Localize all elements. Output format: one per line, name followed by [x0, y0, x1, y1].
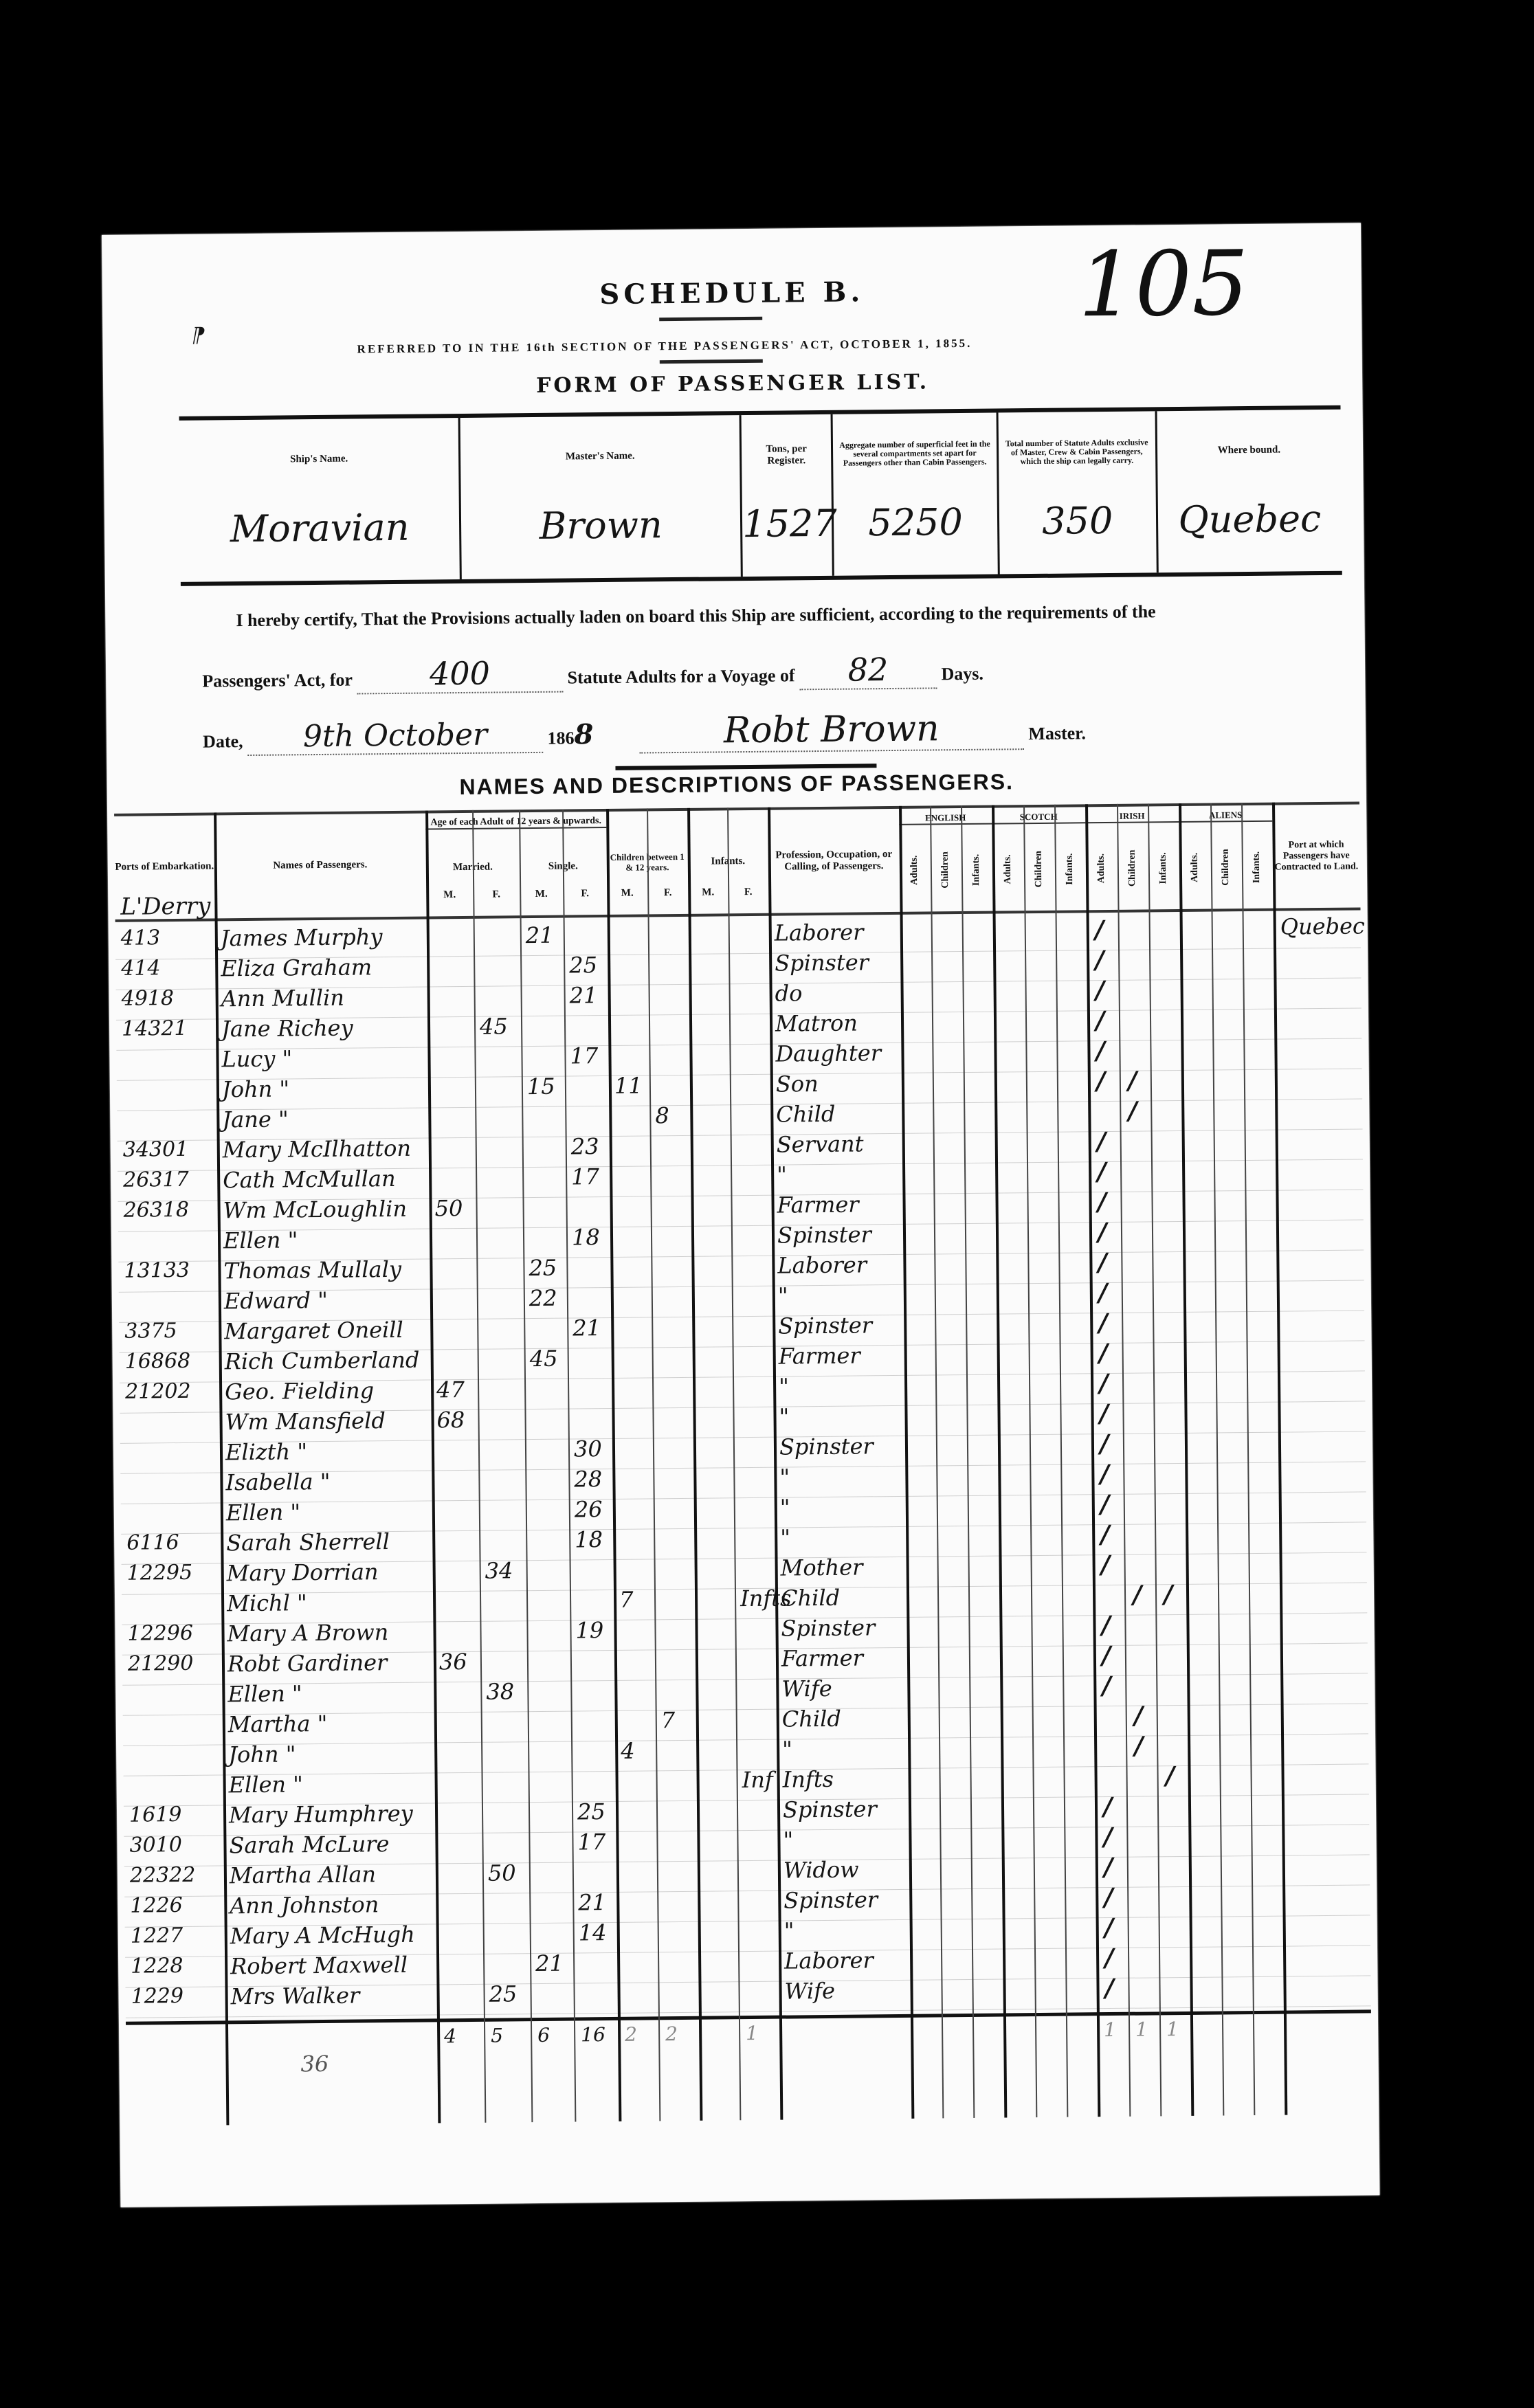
ship-name-column: Ship's Name.Moravian	[179, 418, 462, 582]
irish-adult-tick: /	[1096, 1006, 1105, 1035]
age-married-m: 68	[436, 1407, 465, 1433]
irish-adult-tick: /	[1098, 1339, 1108, 1368]
tons-register-label: Tons, per Register.	[742, 414, 832, 495]
age-single-f: 26	[575, 1496, 603, 1522]
statute-adults-capacity-value: 350	[999, 491, 1155, 543]
occupation: "	[779, 1403, 789, 1429]
profession-header: Profession, Occupation, or Calling, of P…	[768, 809, 900, 913]
total-married-f: 5	[491, 2025, 503, 2047]
english-adults-header: Adults.	[899, 829, 931, 911]
passenger-name: Mrs Walker	[230, 1983, 359, 2010]
occupation: Wife	[784, 1978, 835, 2005]
occupation: Child	[776, 1101, 835, 1128]
age-married-f: 34	[485, 1557, 513, 1583]
irish-adult-tick: /	[1100, 1550, 1110, 1579]
passenger-name: Robt Gardiner	[227, 1649, 388, 1677]
table-title: NAMES AND DESCRIPTIONS OF PASSENGERS.	[107, 766, 1366, 803]
certification-line-2: Passengers' Act, for 400 Statute Adults …	[202, 650, 983, 696]
ticket-number: 12295	[127, 1561, 193, 1585]
passenger-name: Mary Humphrey	[229, 1801, 413, 1829]
total-irish-adults: 1	[1104, 2018, 1116, 2041]
passenger-name: Wm Mansfield	[225, 1407, 386, 1435]
date-signature-line: Date, 9th October 1868 Robt Brown Master…	[203, 704, 1337, 758]
corner-mark: ⁋	[192, 324, 205, 348]
occupation: Servant	[777, 1130, 864, 1157]
superficial-feet-label: Aggregate number of superficial feet in …	[833, 413, 997, 495]
age-married-f: 38	[486, 1678, 514, 1704]
irish-adult-tick: /	[1098, 1308, 1108, 1337]
where-bound-value: Quebec	[1157, 490, 1342, 542]
aliens-children-header: Children	[1210, 826, 1242, 908]
age-single-f: 17	[577, 1829, 605, 1855]
age-infant-f: Inf	[742, 1767, 772, 1793]
passenger-name: Margaret Oneill	[224, 1317, 403, 1344]
passenger-name: Lucy "	[221, 1045, 292, 1072]
age-married-m: 36	[439, 1649, 467, 1675]
passenger-name: John "	[222, 1075, 290, 1102]
irish-child-tick: /	[1128, 1067, 1137, 1095]
ship-info-table: Ship's Name.MoravianMaster's Name.BrownT…	[179, 405, 1342, 586]
passenger-name: Mary A Brown	[227, 1619, 388, 1647]
passenger-table: Ports of Embarkation.Names of Passengers…	[114, 801, 1372, 2131]
irish-adult-tick: /	[1102, 1641, 1111, 1670]
occupation: Laborer	[777, 1251, 867, 1278]
passenger-name: Michl "	[227, 1590, 307, 1616]
referred-line: REFERRED TO IN THE 16th SECTION OF THE P…	[357, 337, 972, 357]
total-child-f: 2	[665, 2022, 678, 2045]
occupation: "	[779, 1373, 789, 1399]
tons-register-column: Tons, per Register.1527	[742, 414, 834, 577]
passenger-name: James Murphy	[221, 924, 383, 951]
form-title: FORM OF PASSENGER LIST.	[103, 366, 1362, 402]
occupation: Spinster	[783, 1886, 878, 1913]
aliens-group-header: ALIENS	[1179, 810, 1272, 823]
ticket-number: 413	[121, 926, 161, 950]
age-single-f: 14	[579, 1919, 607, 1946]
irish-adults-header: Adults.	[1085, 827, 1118, 910]
master-name-column: Master's Name.Brown	[460, 415, 743, 579]
date-value: 9th October	[303, 717, 488, 755]
occupation: Widow	[783, 1857, 859, 1884]
irish-child-tick: /	[1128, 1097, 1137, 1126]
master-name-value: Brown	[461, 495, 741, 548]
age-married-f: 45	[480, 1013, 508, 1039]
irish-adult-tick: /	[1098, 1248, 1107, 1277]
irish-child-tick: /	[1134, 1702, 1144, 1730]
ticket-number: 1229	[131, 1984, 184, 2009]
occupation: Farmer	[777, 1191, 858, 1218]
ticket-number: 1619	[129, 1803, 182, 1827]
ticket-number: 13133	[124, 1258, 190, 1283]
passenger-name: Geo. Fielding	[225, 1377, 374, 1405]
age-married-m: 47	[436, 1376, 465, 1403]
page-number: 105	[1078, 231, 1249, 337]
passenger-name: Mary McIlhatton	[223, 1135, 412, 1163]
passenger-count: 36	[300, 2051, 329, 2077]
superficial-feet-column: Aggregate number of superficial feet in …	[833, 412, 1000, 575]
age-single-f: 19	[575, 1617, 603, 1643]
english-children-header: Children	[930, 829, 961, 911]
ticket-number: 3375	[124, 1319, 177, 1344]
age-child-m: 7	[619, 1587, 634, 1613]
master-signature: Robt Brown	[724, 708, 940, 751]
occupation: Child	[782, 1706, 841, 1732]
passenger-name: Mary A McHugh	[230, 1921, 415, 1950]
total-child-m: 2	[625, 2023, 637, 2046]
occupation: "	[777, 1161, 787, 1188]
irish-children-header: Children	[1117, 827, 1148, 909]
names-of-passengers-header: Names of Passengers.	[214, 814, 426, 919]
age-single-m: 45	[530, 1346, 558, 1372]
passenger-name: Ann Mullin	[221, 985, 344, 1012]
irish-adult-tick: /	[1098, 1278, 1108, 1307]
master-name-label: Master's Name.	[460, 415, 740, 498]
ticket-number: 34301	[123, 1137, 189, 1162]
age-child-f: 8	[655, 1102, 669, 1128]
passenger-name: Ellen "	[223, 1227, 298, 1253]
ticket-number: 1226	[130, 1893, 183, 1918]
occupation: Matron	[775, 1010, 858, 1036]
irish-adult-tick: /	[1100, 1429, 1109, 1458]
irish-adult-tick: /	[1104, 1883, 1113, 1912]
age-single-f: 30	[574, 1436, 602, 1462]
occupation: Spinster	[778, 1312, 872, 1339]
port-to-land-header: Port at which Passengers have Contracted…	[1272, 804, 1360, 908]
scotch-infants-header: Infants.	[1054, 827, 1086, 910]
total-irish-infants: 1	[1166, 2018, 1179, 2040]
irish-adult-tick: /	[1099, 1399, 1109, 1428]
occupation: Wife	[781, 1675, 832, 1702]
irish-adult-tick: /	[1096, 1067, 1106, 1095]
irish-adult-tick: /	[1097, 1127, 1107, 1156]
irish-adult-tick: /	[1103, 1792, 1113, 1821]
ticket-number: 26318	[123, 1198, 189, 1223]
voyage-days-value: 82	[847, 651, 888, 689]
passenger-name: Martha "	[228, 1710, 328, 1737]
statute-adults-capacity-column: Total number of Statute Adults exclusive…	[998, 411, 1158, 574]
irish-adult-tick: /	[1097, 1157, 1107, 1186]
total-married-m: 4	[444, 2025, 456, 2047]
age-single-f: 25	[569, 952, 597, 978]
irish-child-tick: /	[1133, 1581, 1142, 1609]
ticket-number: 14321	[122, 1016, 188, 1041]
age-single-f: 17	[571, 1163, 599, 1190]
passenger-name: Cath McMullan	[223, 1166, 396, 1193]
sex-subheader-mf: F.	[473, 881, 520, 909]
age-single-f: 21	[569, 982, 597, 1008]
total-irish-children: 1	[1135, 2018, 1148, 2041]
passenger-list-page: ⁋ SCHEDULE B. REFERRED TO IN THE 16th SE…	[102, 223, 1379, 2207]
ship-name-label: Ship's Name.	[179, 418, 459, 501]
occupation: "	[780, 1494, 790, 1520]
names-title-rule	[615, 763, 876, 770]
occupation: do	[775, 980, 802, 1006]
sex-subheader-sf: F.	[563, 880, 607, 908]
occupation: Farmer	[781, 1645, 863, 1671]
age-child-f: 7	[661, 1707, 676, 1733]
age-married-f: 25	[489, 1981, 517, 2007]
sex-subheader-mm: M.	[426, 882, 473, 910]
irish-adult-tick: /	[1095, 946, 1104, 974]
age-child-m: 11	[614, 1073, 643, 1099]
occupation: Infts	[782, 1766, 834, 1793]
where-bound-column: Where bound.Quebec	[1157, 410, 1342, 573]
passenger-name: Robert Maxwell	[230, 1952, 408, 1979]
passenger-name: Ellen "	[228, 1771, 303, 1798]
ticket-number: 1227	[131, 1924, 184, 1948]
aliens-infants-header: Infants.	[1241, 826, 1273, 908]
scotch-group-header: SCOTCH	[992, 811, 1085, 824]
total-single-m: 6	[537, 2024, 550, 2047]
title-rule	[659, 317, 762, 321]
irish-adult-tick: /	[1100, 1460, 1109, 1489]
occupation: "	[779, 1464, 790, 1490]
passenger-name: Edward "	[224, 1287, 328, 1314]
passenger-name: Eliza Graham	[221, 954, 372, 981]
irish-adult-tick: /	[1096, 1036, 1105, 1065]
age-single-f: 17	[570, 1043, 598, 1069]
occupation: Spinster	[781, 1614, 875, 1641]
irish-infant-tick: /	[1165, 1761, 1175, 1790]
occupation: Son	[776, 1071, 819, 1097]
adult-age-header: Age of each Adult of 12 years & upwards.	[425, 816, 606, 830]
occupation: Farmer	[779, 1342, 860, 1369]
ticket-number: 6116	[126, 1530, 179, 1555]
passenger-name: Jane "	[222, 1106, 289, 1133]
age-single-f: 18	[575, 1526, 603, 1552]
total-infant-f: 1	[746, 2022, 758, 2044]
english-infants-header: Infants.	[961, 829, 992, 911]
irish-adult-tick: /	[1098, 1218, 1107, 1247]
total-single-f: 16	[581, 2023, 605, 2046]
passenger-name: John "	[228, 1741, 296, 1768]
irish-infants-header: Infants.	[1148, 827, 1179, 909]
occupation: Spinster	[779, 1433, 874, 1460]
occupation: "	[784, 1917, 794, 1943]
age-single-f: 21	[573, 1315, 601, 1341]
sex-subheader-sm: M.	[520, 881, 563, 909]
superficial-feet-value: 5250	[834, 493, 997, 545]
english-group-header: ENGLISH	[899, 812, 992, 825]
statute-adults-capacity-label: Total number of Statute Adults exclusive…	[998, 411, 1155, 493]
occupation: Spinster	[783, 1796, 877, 1822]
age-single-m: 25	[529, 1255, 557, 1281]
passenger-name: Thomas Mullaly	[223, 1256, 401, 1284]
irish-child-tick: /	[1134, 1732, 1144, 1761]
passenger-name: Wm McLoughlin	[223, 1196, 407, 1224]
ticket-number: 26317	[123, 1168, 189, 1192]
irish-adult-tick: /	[1095, 976, 1104, 1005]
age-single-m: 15	[527, 1073, 555, 1100]
ticket-number: 22322	[130, 1863, 196, 1888]
passenger-name: Ann Johnston	[230, 1891, 379, 1919]
passenger-name: Jane Richey	[221, 1015, 353, 1043]
irish-adult-tick: /	[1104, 1913, 1114, 1942]
ticket-number: 16868	[125, 1349, 191, 1374]
ticket-number: 414	[121, 956, 161, 981]
age-single-f: 28	[574, 1466, 602, 1492]
occupation: Spinster	[777, 1221, 871, 1248]
age-single-m: 22	[529, 1285, 557, 1311]
port-to-land-value: Quebec	[1280, 913, 1365, 939]
irish-group-header: IRISH	[1085, 810, 1179, 823]
certification-line-1: I hereby certify, That the Provisions ac…	[236, 601, 1156, 631]
totals-row: 4561622111136	[126, 2009, 1372, 2066]
passenger-name: Martha Allan	[230, 1861, 376, 1888]
passenger-name: Sarah Sherrell	[226, 1528, 390, 1556]
irish-adult-tick: /	[1104, 1943, 1114, 1972]
ticket-number: 21202	[125, 1379, 191, 1404]
passenger-name: Ellen "	[226, 1499, 301, 1526]
irish-adult-tick: /	[1097, 1188, 1107, 1216]
irish-adult-tick: /	[1095, 915, 1104, 944]
ticket-number: 4918	[122, 986, 175, 1011]
age-single-f: 21	[578, 1889, 606, 1915]
ticket-number: 12296	[127, 1621, 193, 1646]
scotch-adults-header: Adults.	[992, 828, 1024, 911]
passenger-name: Isabella "	[225, 1469, 330, 1495]
ticket-number: 21290	[128, 1651, 194, 1676]
ticket-number: 1228	[131, 1954, 184, 1978]
age-single-f: 23	[571, 1133, 599, 1159]
ticket-number: 3010	[129, 1833, 182, 1858]
passenger-name: Mary Dorrian	[227, 1559, 379, 1586]
age-single-f: 25	[577, 1798, 605, 1825]
irish-adult-tick: /	[1099, 1369, 1109, 1398]
scotch-children-header: Children	[1023, 828, 1055, 911]
statute-adults-value: 400	[430, 655, 490, 693]
aliens-adults-header: Adults.	[1179, 827, 1211, 909]
age-married-f: 50	[488, 1860, 516, 1886]
occupation: "	[780, 1524, 790, 1550]
passenger-name: Rich Cumberland	[225, 1347, 420, 1375]
irish-infant-tick: /	[1164, 1580, 1173, 1609]
irish-adult-tick: /	[1103, 1822, 1113, 1851]
irish-adult-tick: /	[1104, 1974, 1114, 2003]
irish-adult-tick: /	[1100, 1520, 1110, 1549]
where-bound-label: Where bound.	[1157, 410, 1342, 492]
passenger-name: Elizth "	[225, 1438, 307, 1465]
passenger-name: Ellen "	[227, 1680, 302, 1707]
occupation: "	[778, 1282, 788, 1308]
age-married-m: 50	[434, 1195, 463, 1221]
occupation: "	[782, 1736, 792, 1762]
port-of-embarkation-value: L'Derry	[120, 893, 210, 921]
title-rule	[660, 359, 763, 364]
table-header: Ports of Embarkation.Names of Passengers…	[114, 801, 1360, 922]
age-child-m: 4	[621, 1738, 635, 1764]
age-single-m: 21	[535, 1950, 564, 1976]
occupation: Laborer	[784, 1947, 874, 1974]
irish-adult-tick: /	[1101, 1611, 1111, 1640]
ship-name-value: Moravian	[180, 498, 460, 551]
irish-adult-tick: /	[1102, 1671, 1111, 1700]
passenger-name: Sarah McLure	[229, 1831, 389, 1858]
occupation: Child	[781, 1585, 840, 1612]
age-single-f: 18	[572, 1224, 600, 1250]
occupation: Mother	[780, 1554, 863, 1581]
occupation: Daughter	[775, 1040, 881, 1067]
irish-adult-tick: /	[1100, 1490, 1110, 1519]
occupation: Laborer	[775, 919, 864, 946]
occupation: Spinster	[775, 949, 869, 976]
irish-adult-tick: /	[1104, 1853, 1113, 1882]
occupation: "	[783, 1827, 793, 1853]
age-single-m: 21	[526, 922, 554, 948]
tons-register-value: 1527	[742, 495, 832, 546]
